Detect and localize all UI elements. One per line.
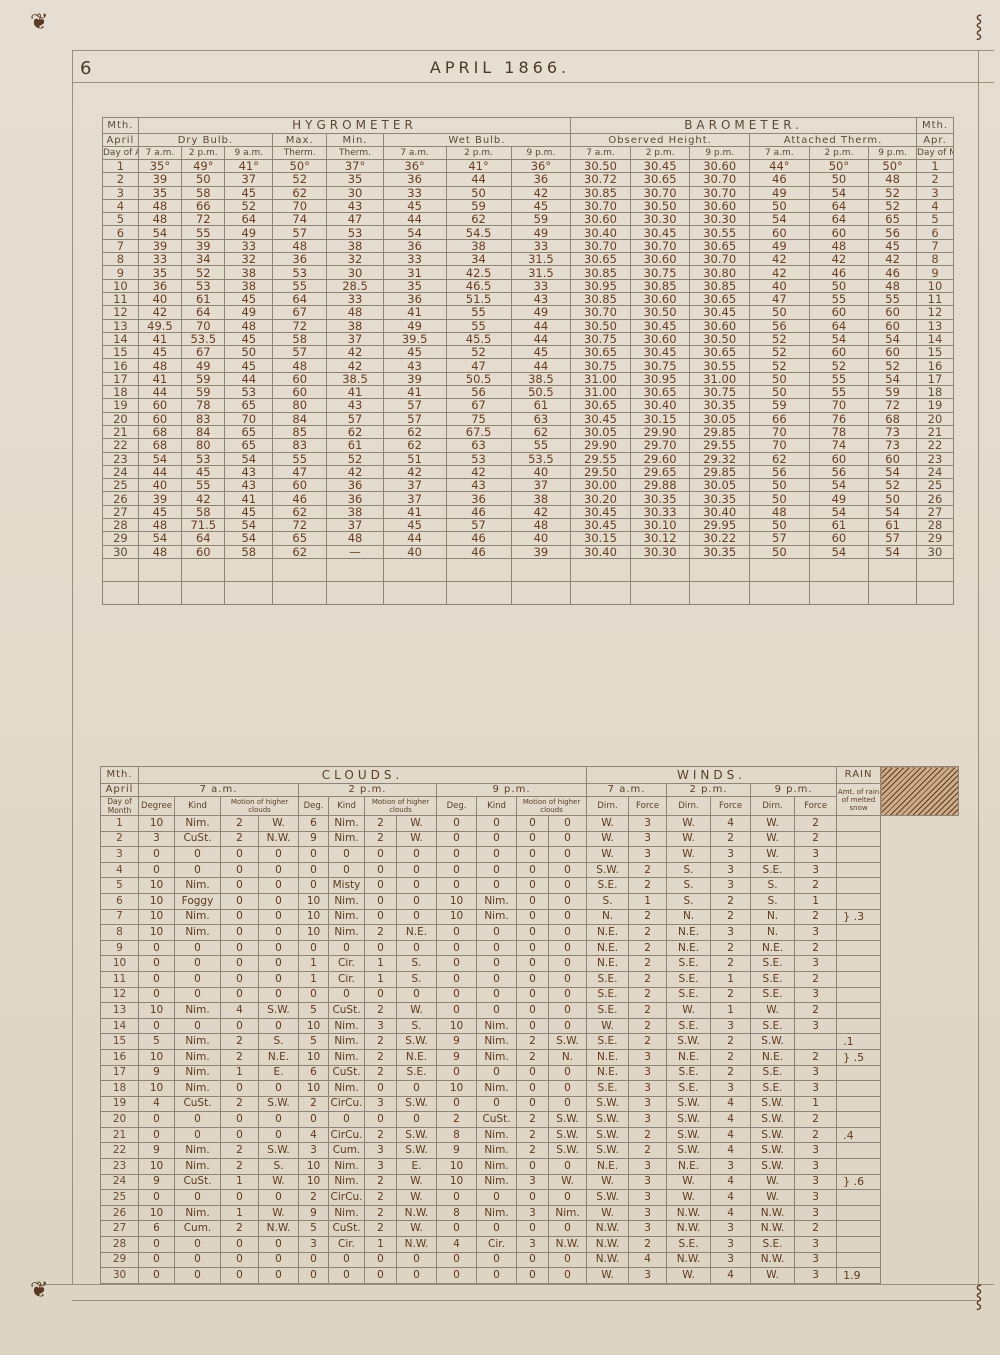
cell-d7: 10 — [139, 893, 175, 909]
cell-wet7: 62 — [383, 425, 446, 438]
cell-wet9: 39 — [511, 545, 571, 558]
cell-k7: Nim. — [175, 816, 221, 832]
cell-wf7: 4 — [629, 1252, 667, 1268]
cell-dry9: 54 — [225, 532, 273, 545]
col-wind-force-9pm: Force — [795, 797, 837, 816]
cell-r2: 0 — [397, 878, 437, 894]
cell-v7: 2 — [221, 1034, 259, 1050]
cell-d2: 6 — [299, 1065, 329, 1081]
cell-k7: CuSt. — [175, 1174, 221, 1190]
cell-r7: 0 — [259, 1127, 299, 1143]
cell-wf9: 3 — [795, 1018, 837, 1034]
cell-day: 27 — [103, 505, 139, 518]
cell-day: 3 — [101, 847, 139, 863]
cell-k2: Cir. — [329, 956, 365, 972]
cell-k9: 0 — [477, 1268, 517, 1284]
cell-obs7: 30.95 — [571, 279, 631, 292]
cell-day: 24 — [103, 465, 139, 478]
cell-min: 61 — [327, 439, 383, 452]
cell-dry7: 44 — [138, 386, 181, 399]
cell-wf9: 3 — [795, 987, 837, 1003]
cell-max: 58 — [273, 332, 327, 345]
cell-rain — [837, 878, 881, 894]
cell-wd2: S.E. — [667, 956, 711, 972]
cell-k9: 0 — [477, 847, 517, 863]
cell-dry7: 68 — [138, 439, 181, 452]
cell-dry9: 44 — [225, 372, 273, 385]
cell-dry7: 39 — [138, 173, 181, 186]
table-row: 2100004CirCu.2S.W.8Nim.2S.W.S.W.2S.W.4S.… — [101, 1127, 959, 1143]
cell-d2: 4 — [299, 1127, 329, 1143]
cell-wet7: 33 — [383, 253, 446, 266]
cell-wd7: N.E. — [587, 1049, 629, 1065]
col-motion-7am: Motion of higher clouds — [221, 797, 299, 816]
cell-wd7: N. — [587, 909, 629, 925]
cell-wd9: W. — [751, 1174, 795, 1190]
blank-rows — [103, 558, 954, 604]
table-row: 29546454654844464030.1530.1230.225760572… — [103, 532, 954, 545]
cell-day: 6 — [103, 226, 139, 239]
cell-att2: 70 — [809, 399, 869, 412]
cell-rain — [837, 847, 881, 863]
cell-att7: 50 — [750, 492, 810, 505]
cell-obs7: 29.50 — [571, 465, 631, 478]
cell-v7: 0 — [221, 971, 259, 987]
cell-att7: 57 — [750, 532, 810, 545]
cell-k7: Nim. — [175, 1143, 221, 1159]
cell-wd9: W. — [751, 1003, 795, 1019]
cell-r7: N.E. — [259, 1049, 299, 1065]
cell-att2: 54 — [809, 186, 869, 199]
cell-k7: 0 — [175, 940, 221, 956]
cell-r9: 0 — [549, 1268, 587, 1284]
cell-max: 62 — [273, 545, 327, 558]
cell-max: 36 — [273, 253, 327, 266]
cell-max: 70 — [273, 199, 327, 212]
cell-wf7: 2 — [629, 878, 667, 894]
cell-min: 48 — [327, 306, 383, 319]
cell-k7: 0 — [175, 847, 221, 863]
cell-dry9: 50 — [225, 346, 273, 359]
cell-d9: 0 — [437, 940, 477, 956]
cell-wd7: S.E. — [587, 878, 629, 894]
table-row: 24444543474242424029.5029.6529.855656542… — [103, 465, 954, 478]
cell-dry7: 33 — [138, 253, 181, 266]
cell-att7: 42 — [750, 253, 810, 266]
cell-d9: 0 — [437, 847, 477, 863]
cell-dry7: 49.5 — [138, 319, 181, 332]
cell-k7: Cum. — [175, 1221, 221, 1237]
cell-dry9: 41 — [225, 492, 273, 505]
cell-r7: 0 — [259, 925, 299, 941]
cell-dry7: 48 — [138, 519, 181, 532]
cell-d9: 9 — [437, 1034, 477, 1050]
cell-dry2: 53.5 — [182, 332, 225, 345]
cell-att7: 50 — [750, 479, 810, 492]
col-wind-dir-9pm: Dirn. — [751, 797, 795, 816]
cell-att9: 50 — [869, 492, 917, 505]
cell-day: 17 — [103, 372, 139, 385]
cell-d2: 9 — [299, 831, 329, 847]
cell-att9: 55 — [869, 292, 917, 305]
cell-wet2: 43 — [446, 479, 511, 492]
cell-att7: 62 — [750, 452, 810, 465]
cell-v9: 0 — [517, 1065, 549, 1081]
cell-dry7: 54 — [138, 532, 181, 545]
cell-day: 10 — [101, 956, 139, 972]
cell-wd7: N.E. — [587, 956, 629, 972]
max-heading: Max. — [273, 134, 327, 147]
cell-day_r: 16 — [917, 359, 954, 372]
cell-d7: 9 — [139, 1174, 175, 1190]
cell-r9: N. — [549, 1049, 587, 1065]
cell-d9: 0 — [437, 831, 477, 847]
cell-wf7: 3 — [629, 831, 667, 847]
cell-att7: 50 — [750, 372, 810, 385]
cell-dry9: 54 — [225, 519, 273, 532]
cell-day: 18 — [103, 386, 139, 399]
cell-day: 4 — [103, 199, 139, 212]
cell-v2: 2 — [365, 1221, 397, 1237]
cell-wet2: 55 — [446, 319, 511, 332]
cell-obs9: 30.60 — [690, 160, 750, 173]
cell-dry2: 34 — [182, 253, 225, 266]
table-row: 184459536041415650.531.0030.6530.7550555… — [103, 386, 954, 399]
cell-wf2: 4 — [711, 1174, 751, 1190]
cell-dry2: 58 — [182, 186, 225, 199]
cell-wf2: 3 — [711, 1159, 751, 1175]
cell-obs2: 30.70 — [630, 186, 690, 199]
cell-d2: 5 — [299, 1221, 329, 1237]
cell-day_r: 17 — [917, 372, 954, 385]
cell-wet7: 31 — [383, 266, 446, 279]
cell-min: 38.5 — [327, 372, 383, 385]
cell-dry2: 80 — [182, 439, 225, 452]
cell-dry9: 49 — [225, 226, 273, 239]
cell-v2: 1 — [365, 956, 397, 972]
cell-obs9: 29.85 — [690, 425, 750, 438]
cell-dry7: 60 — [138, 399, 181, 412]
cell-att2: 52 — [809, 359, 869, 372]
cell-att9: 48 — [869, 279, 917, 292]
cell-v9: 0 — [517, 1252, 549, 1268]
cell-k9: Nim. — [477, 1049, 517, 1065]
cell-obs2: 30.45 — [630, 160, 690, 173]
cell-att2: 60 — [809, 346, 869, 359]
cell-min: 47 — [327, 213, 383, 226]
cell-day: 2 — [101, 831, 139, 847]
cell-dry7: 41 — [138, 372, 181, 385]
cell-max: 85 — [273, 425, 327, 438]
cell-wet9: 50.5 — [511, 386, 571, 399]
cell-att2: 54 — [809, 332, 869, 345]
cell-v7: 2 — [221, 1221, 259, 1237]
cell-day_r: 23 — [917, 452, 954, 465]
cell-obs2: 30.45 — [630, 346, 690, 359]
cell-v7: 0 — [221, 940, 259, 956]
cell-att7: 46 — [750, 173, 810, 186]
cell-d9: 0 — [437, 1190, 477, 1206]
cell-att2: 60 — [809, 452, 869, 465]
cell-k9: 0 — [477, 971, 517, 987]
cell-day: 30 — [103, 545, 139, 558]
cell-wd7: S.W. — [587, 1143, 629, 1159]
cell-att2: 50 — [809, 173, 869, 186]
cell-max: 60 — [273, 386, 327, 399]
cell-obs9: 30.65 — [690, 239, 750, 252]
cell-d2: 1 — [299, 971, 329, 987]
cell-v9: 0 — [517, 940, 549, 956]
cell-d9: 0 — [437, 1065, 477, 1081]
cell-v2: 1 — [365, 1237, 397, 1253]
cell-r7: S. — [259, 1034, 299, 1050]
cell-wd7: S.W. — [587, 1190, 629, 1206]
cell-day: 16 — [103, 359, 139, 372]
cell-wet9: 48 — [511, 519, 571, 532]
table-row: 229Nim.2S.W.3Cum.3S.W.9Nim.2S.W.S.W.2S.W… — [101, 1143, 959, 1159]
cell-d2: 5 — [299, 1003, 329, 1019]
table-row: 1610Nim.2N.E.10Nim.2N.E.9Nim.2N.N.E.3N.E… — [101, 1049, 959, 1065]
cell-v2: 2 — [365, 816, 397, 832]
cell-wf7: 2 — [629, 956, 667, 972]
cell-wd2: S.E. — [667, 1018, 711, 1034]
cell-day_r: 4 — [917, 199, 954, 212]
cell-wf2: 4 — [711, 1143, 751, 1159]
cell-d9: 0 — [437, 816, 477, 832]
cell-obs9: 30.40 — [690, 505, 750, 518]
cell-rain — [837, 925, 881, 941]
col-max-therm: Therm. — [273, 147, 327, 160]
cell-day: 2 — [103, 173, 139, 186]
cell-wd7: S.E. — [587, 971, 629, 987]
cell-dry2: 71.5 — [182, 519, 225, 532]
cell-v2: 0 — [365, 1252, 397, 1268]
cell-wet2: 59 — [446, 199, 511, 212]
cell-wd9: S.W. — [751, 1127, 795, 1143]
cell-dry2: 61 — [182, 292, 225, 305]
cell-att7: 49 — [750, 186, 810, 199]
cell-wd9: S.W. — [751, 1143, 795, 1159]
cell-att9: 52 — [869, 359, 917, 372]
cell-day: 14 — [103, 332, 139, 345]
cell-day: 3 — [103, 186, 139, 199]
cell-att7: 50 — [750, 386, 810, 399]
cell-wd7: S.E. — [587, 1034, 629, 1050]
cell-k7: Nim. — [175, 925, 221, 941]
cell-wf2: 2 — [711, 1034, 751, 1050]
cell-obs9: 30.22 — [690, 532, 750, 545]
cell-wd7: N.E. — [587, 1065, 629, 1081]
cell-obs2: 30.60 — [630, 292, 690, 305]
cell-wd9: S.E. — [751, 1065, 795, 1081]
cell-att7: 54 — [750, 213, 810, 226]
cell-max: 50° — [273, 160, 327, 173]
cell-obs7: 30.85 — [571, 292, 631, 305]
cell-att9: 60 — [869, 319, 917, 332]
cell-d9: 8 — [437, 1205, 477, 1221]
clouds-winds-table: Mth. CLOUDS. WINDS. RAIN April 7 a.m. 2 … — [100, 766, 959, 1284]
cell-d7: 0 — [139, 847, 175, 863]
cell-min: 42 — [327, 359, 383, 372]
cell-wd9: S.W. — [751, 1096, 795, 1112]
cell-dry9: 52 — [225, 199, 273, 212]
cell-d7: 0 — [139, 1237, 175, 1253]
cell-v2: 0 — [365, 893, 397, 909]
cell-wf2: 3 — [711, 847, 751, 863]
cell-wet7: 45 — [383, 346, 446, 359]
cell-k7: 0 — [175, 987, 221, 1003]
cell-wd2: S.W. — [667, 1096, 711, 1112]
cell-r9: S.W. — [549, 1127, 587, 1143]
cell-d9: 0 — [437, 1268, 477, 1284]
cell-dry9: 33 — [225, 239, 273, 252]
cell-att7: 59 — [750, 399, 810, 412]
cell-obs7: 30.20 — [571, 492, 631, 505]
cell-wf7: 3 — [629, 1190, 667, 1206]
table-row: 235453545552515353.529.5529.6029.3262606… — [103, 452, 954, 465]
cell-wd7: N.E. — [587, 940, 629, 956]
cell-k2: Nim. — [329, 1174, 365, 1190]
cell-dry2: 45 — [182, 465, 225, 478]
cell-wd7: S.W. — [587, 862, 629, 878]
cell-v9: 0 — [517, 971, 549, 987]
cell-v7: 2 — [221, 816, 259, 832]
cell-obs7: 30.70 — [571, 306, 631, 319]
cell-min: 33 — [327, 292, 383, 305]
cell-wd9: N.E. — [751, 1049, 795, 1065]
cell-v7: 0 — [221, 1252, 259, 1268]
cell-wf2: 3 — [711, 1252, 751, 1268]
cell-att7: 40 — [750, 279, 810, 292]
cell-v7: 2 — [221, 1143, 259, 1159]
cell-r2: 0 — [397, 1112, 437, 1128]
cell-d9: 10 — [437, 1018, 477, 1034]
cell-dry2: 39 — [182, 239, 225, 252]
cell-wd2: N.W. — [667, 1205, 711, 1221]
cell-d2: 10 — [299, 909, 329, 925]
cell-r7: 0 — [259, 1081, 299, 1097]
cell-wet2: 55 — [446, 306, 511, 319]
cell-r2: S. — [397, 971, 437, 987]
cell-wet2: 46.5 — [446, 279, 511, 292]
cell-dry7: 48 — [138, 359, 181, 372]
cell-obs7: 30.45 — [571, 412, 631, 425]
cell-att2: 78 — [809, 425, 869, 438]
cell-v7: 1 — [221, 1174, 259, 1190]
cell-dry9: 70 — [225, 412, 273, 425]
col-obs-2pm: 2 p.m. — [630, 147, 690, 160]
cell-rain — [837, 1143, 881, 1159]
cell-day_r: 28 — [917, 519, 954, 532]
table-row: 4486652704345594530.7030.5030.605064524 — [103, 199, 954, 212]
cell-wet7: 54 — [383, 226, 446, 239]
col-wind-dir-7am: Dirn. — [587, 797, 629, 816]
cell-dry7: 48 — [138, 545, 181, 558]
cell-wet9: 33 — [511, 239, 571, 252]
observed-height-heading: Observed Height. — [571, 134, 750, 147]
cell-d9: 0 — [437, 925, 477, 941]
cell-k9: Nim. — [477, 1159, 517, 1175]
cell-v7: 0 — [221, 1268, 259, 1284]
table-row: 12426449674841554930.7030.5030.455060601… — [103, 306, 954, 319]
cell-d2: 0 — [299, 940, 329, 956]
table-row: 284871.554723745574830.4530.1029.9550616… — [103, 519, 954, 532]
cell-d7: 0 — [139, 956, 175, 972]
cell-wd9: S.E. — [751, 987, 795, 1003]
cell-wet7: 42 — [383, 465, 446, 478]
cell-wd7: W. — [587, 1174, 629, 1190]
cell-wet9: 38 — [511, 492, 571, 505]
cell-wet9: 55 — [511, 439, 571, 452]
cell-d9: 0 — [437, 1252, 477, 1268]
table-row: 1000001Cir.1S.0000N.E.2S.E.2S.E.3 — [101, 956, 959, 972]
cell-max: 74 — [273, 213, 327, 226]
cell-att2: 60 — [809, 226, 869, 239]
cell-obs2: 30.65 — [630, 173, 690, 186]
cell-day: 23 — [101, 1159, 139, 1175]
cell-v2: 0 — [365, 1268, 397, 1284]
table-row: 1100001Cir.1S.0000S.E.2S.E.1S.E.2 — [101, 971, 959, 987]
col-wet-7am: 7 a.m. — [383, 147, 446, 160]
cell-d7: 10 — [139, 1159, 175, 1175]
cell-wd2: N.E. — [667, 940, 711, 956]
table-row: 4000000000000S.W.2S.3S.E.3 — [101, 862, 959, 878]
left-margin-rule — [72, 50, 73, 1285]
cell-wd7: N.W. — [587, 1252, 629, 1268]
table-row: 30000000000000W.3W.4W.31.9 — [101, 1268, 959, 1284]
cell-wf2: 2 — [711, 987, 751, 1003]
cell-d7: 0 — [139, 1018, 175, 1034]
cell-wet2: 42 — [446, 465, 511, 478]
cell-obs9: 30.75 — [690, 386, 750, 399]
cell-k2: Nim. — [329, 925, 365, 941]
cell-dry7: 35 — [138, 266, 181, 279]
cell-dry7: 40 — [138, 292, 181, 305]
cell-wd2: S.E. — [667, 987, 711, 1003]
cell-r9: 0 — [549, 1018, 587, 1034]
cell-att9: 54 — [869, 332, 917, 345]
table-row: 810Nim.0010Nim.2N.E.0000N.E.2N.E.3N.3 — [101, 925, 959, 941]
cell-wet2: 56 — [446, 386, 511, 399]
cell-day: 13 — [101, 1003, 139, 1019]
cell-wd9: S.E. — [751, 1018, 795, 1034]
hatched-margin-decoration — [881, 767, 959, 816]
table-row: 25405543603637433730.0029.8830.055054522… — [103, 479, 954, 492]
cell-wet2: 50.5 — [446, 372, 511, 385]
cell-att2: 50 — [809, 279, 869, 292]
cell-wf2: 2 — [711, 909, 751, 925]
cell-wf7: 2 — [629, 1143, 667, 1159]
cell-rain — [837, 1003, 881, 1019]
cell-max: 52 — [273, 173, 327, 186]
cell-att2: 56 — [809, 465, 869, 478]
cell-wd2: N.E. — [667, 1159, 711, 1175]
cell-r9: W. — [549, 1174, 587, 1190]
cell-obs7: 29.55 — [571, 452, 631, 465]
cell-r2: S. — [397, 956, 437, 972]
rain-heading: RAIN — [837, 767, 881, 784]
cell-wf7: 2 — [629, 1003, 667, 1019]
cell-day: 27 — [101, 1221, 139, 1237]
cell-obs7: 30.65 — [571, 399, 631, 412]
cell-r7: 0 — [259, 847, 299, 863]
cell-k2: 0 — [329, 987, 365, 1003]
table-row: 194CuSt.2S.W.2CirCu.3S.W.0000S.W.3S.W.4S… — [101, 1096, 959, 1112]
cell-wf2: 2 — [711, 1049, 751, 1065]
cell-k9: 0 — [477, 925, 517, 941]
cell-v9: 0 — [517, 816, 549, 832]
table-row: 610Foggy0010Nim.0010Nim.00S.1S.2S.1 — [101, 893, 959, 909]
